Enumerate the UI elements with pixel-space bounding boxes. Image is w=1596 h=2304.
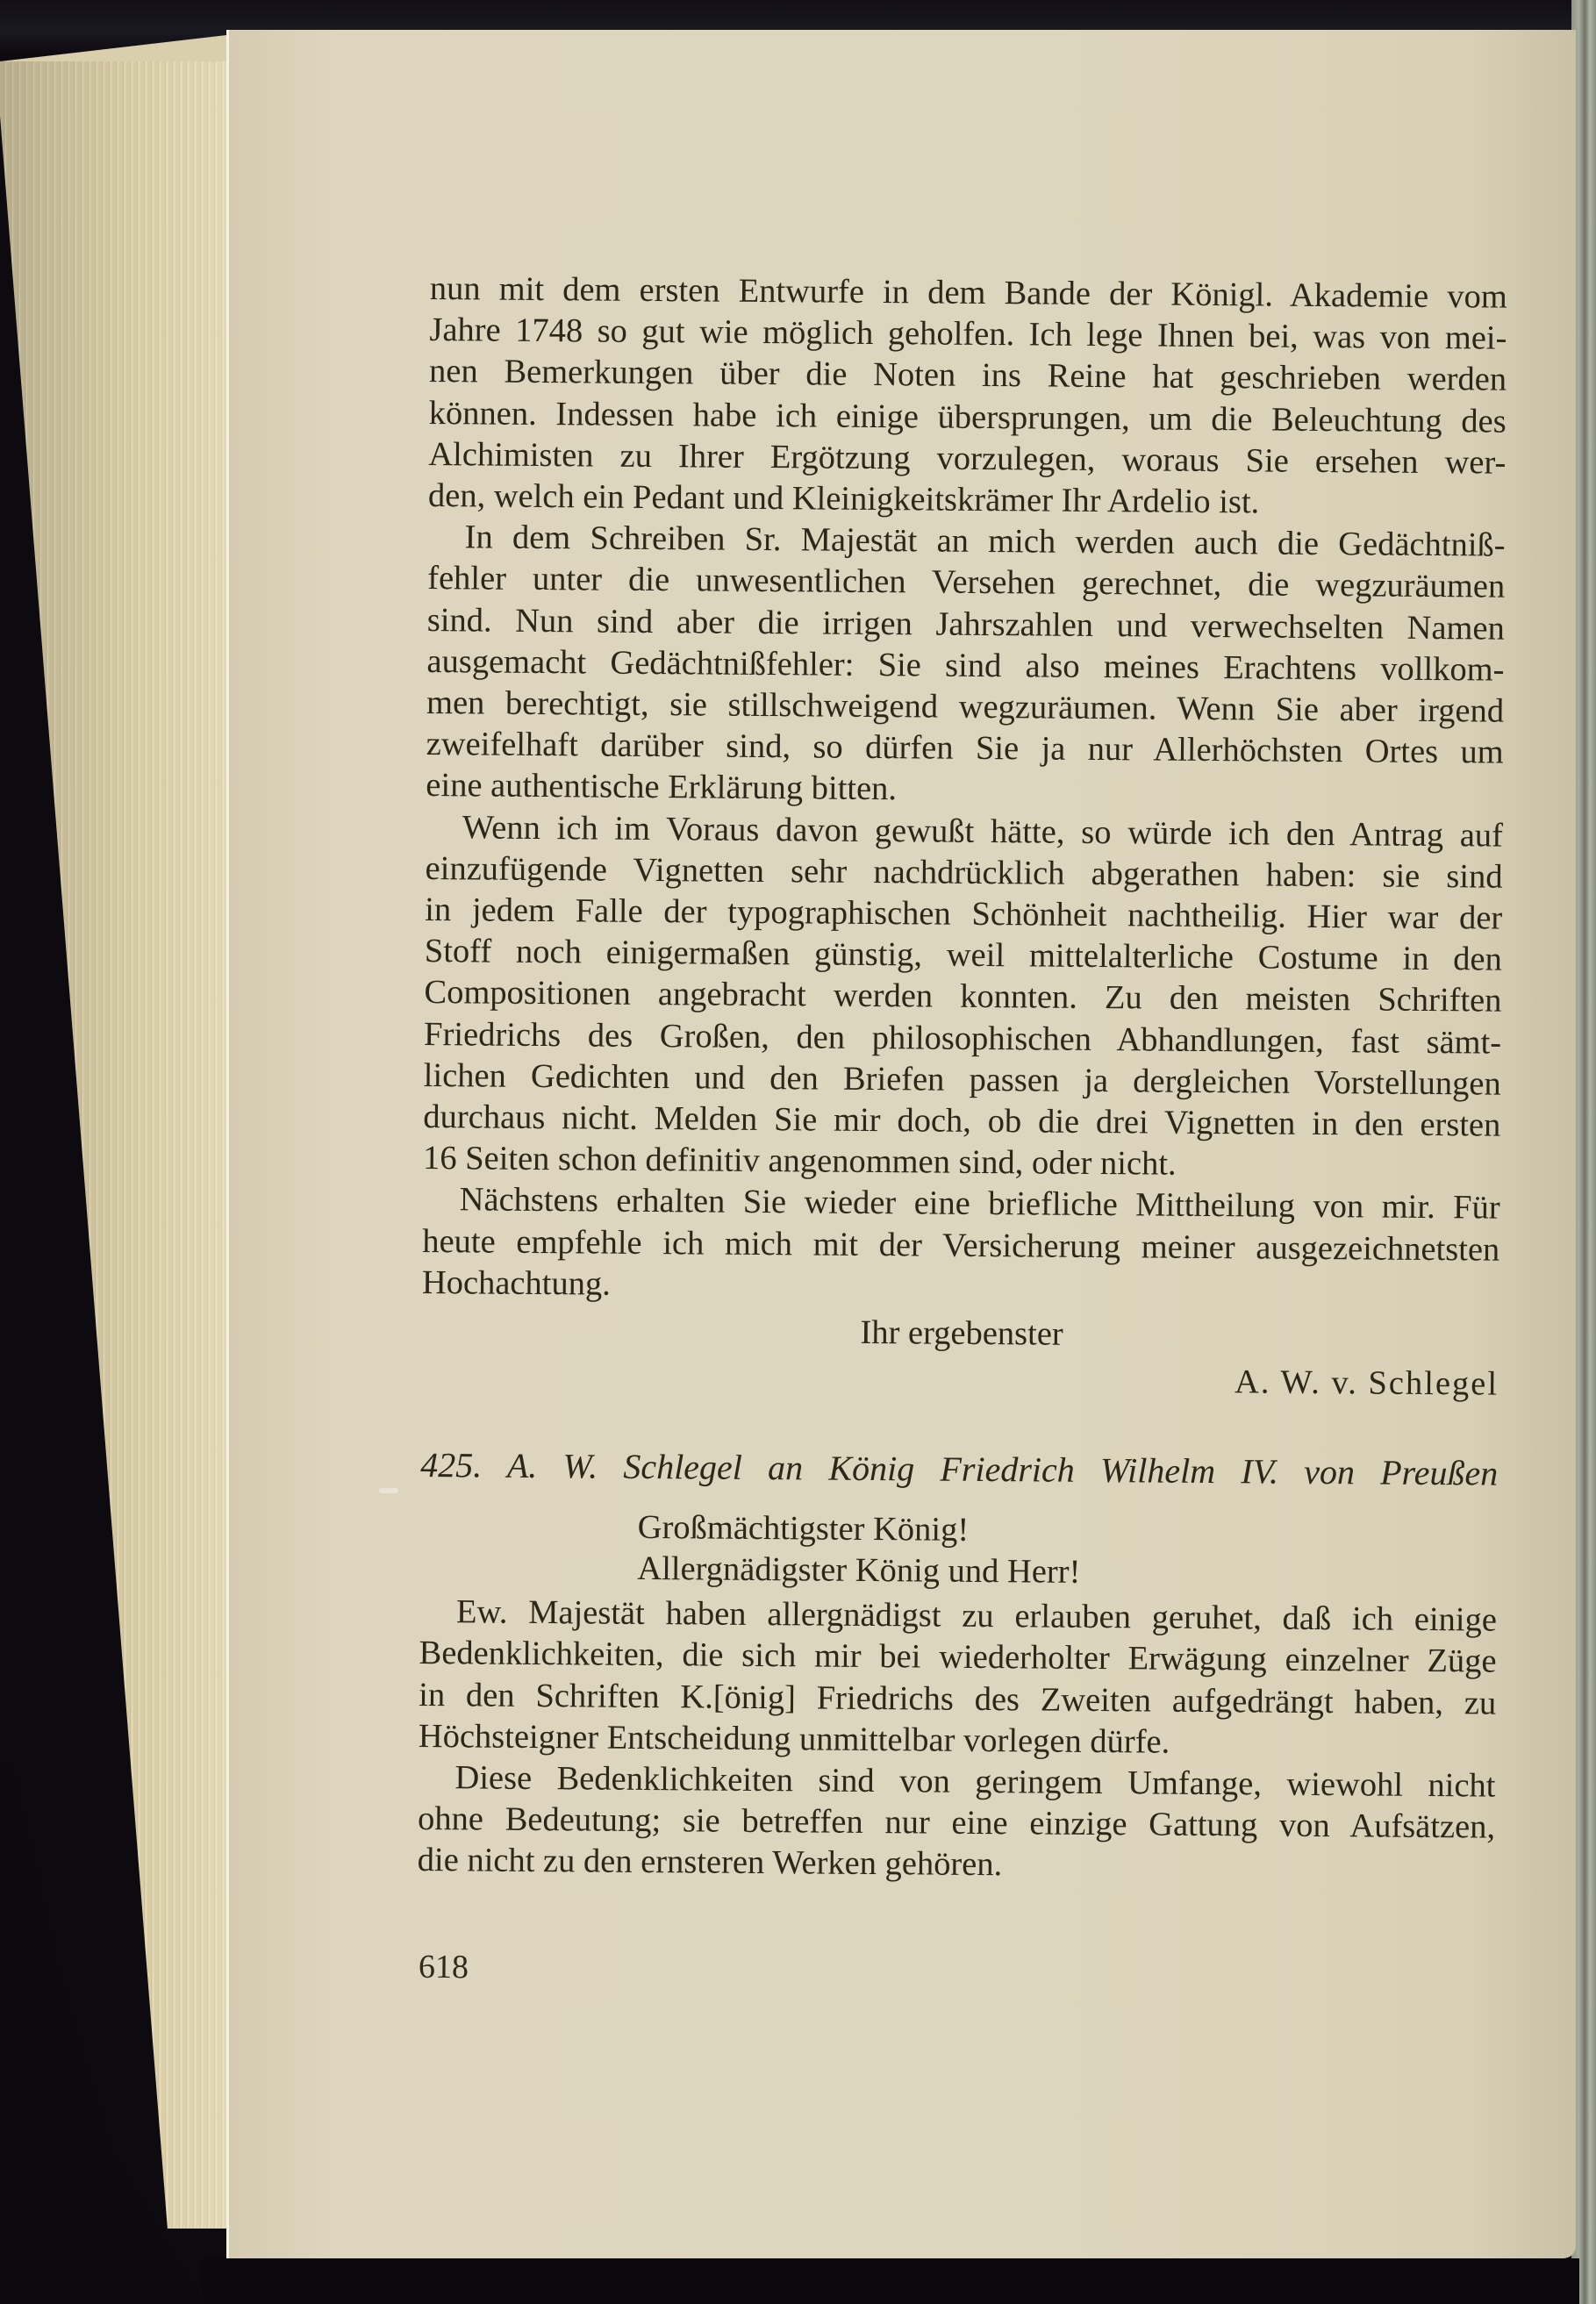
letter-heading: 425. A. W. Schlegel an König Friedrich W… (420, 1444, 1498, 1494)
paragraph: In dem Schreiben Sr. Majestät an mich we… (426, 517, 1506, 815)
paragraph: Wenn ich im Voraus davon gewußt hätte, s… (423, 807, 1503, 1188)
book-cover-bottom (202, 2258, 1579, 2304)
salutation-line: Allergnädigster König und Herr! (419, 1547, 1497, 1597)
letter-signature: A. W. v. Schlegel (421, 1356, 1499, 1406)
page-text-block: nun mit dem ersten Entwurfe in dem Bande… (418, 268, 1507, 1890)
letter-424-continuation: nun mit dem ersten Entwurfe in dem Bande… (421, 268, 1507, 1406)
letter-closing: Ihr ergebenster (421, 1309, 1499, 1359)
text-line: die nicht zu den ernsteren Werken gehöre… (418, 1840, 1495, 1890)
paragraph: Ew. Majestät haben allergnädigst zu erla… (419, 1592, 1497, 1765)
page-number: 618 (419, 1948, 469, 1986)
margin-mark (379, 1488, 398, 1493)
paragraph: nun mit dem ersten Entwurfe in dem Bande… (428, 268, 1507, 526)
letter-425: 425. A. W. Schlegel an König Friedrich W… (418, 1444, 1499, 1890)
paragraph: Nächstens erhalten Sie wieder eine brief… (422, 1179, 1500, 1312)
text-line: Hochachtung. (422, 1263, 1499, 1313)
paragraph: Diese Bedenklichkeiten sind von geringem… (418, 1757, 1496, 1890)
